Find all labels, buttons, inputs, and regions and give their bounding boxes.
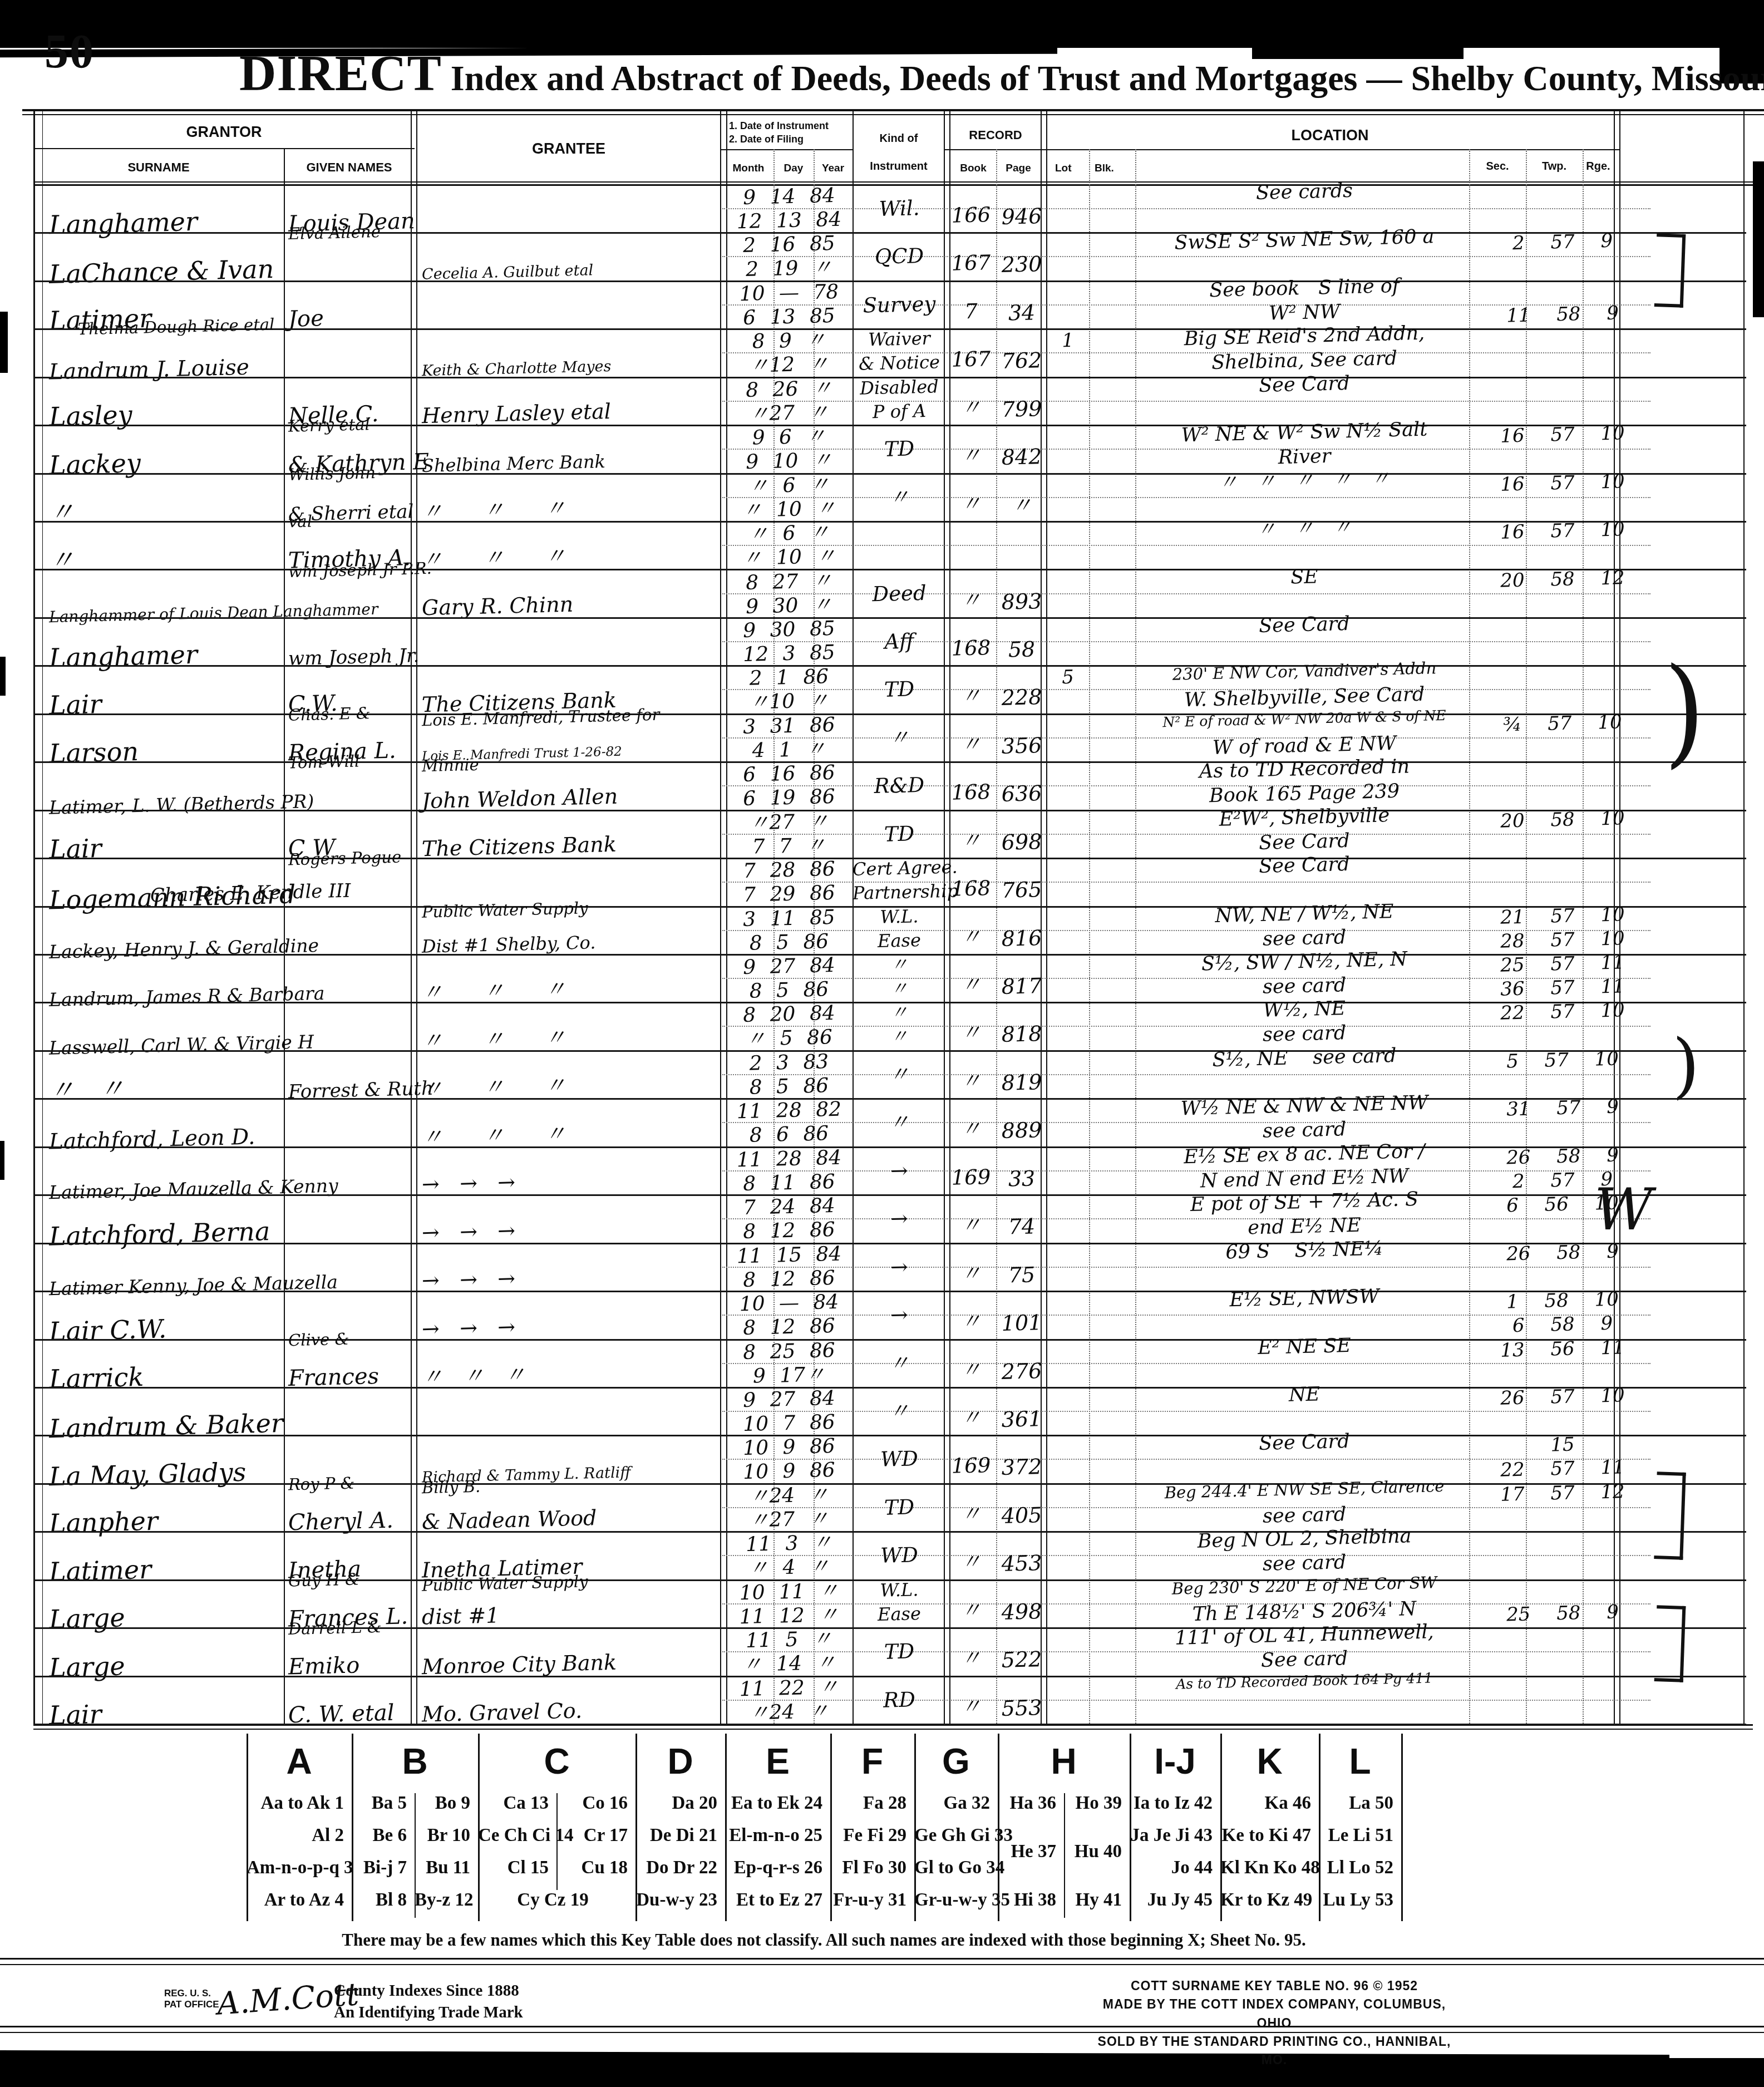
scan-noise-bottom bbox=[0, 2058, 1764, 2087]
table-row: Landrum & Baker 9 27 84 10 7 86 〃 〃 361 … bbox=[33, 1387, 1764, 1435]
record-page: 276 bbox=[997, 1360, 1047, 1382]
date-of-instrument: 11 3 〃 bbox=[722, 1532, 856, 1556]
key-range: Kl Kn Ko 48 bbox=[1220, 1858, 1311, 1878]
kind-of-instrument: TD bbox=[853, 823, 947, 845]
key-range: Co 16 bbox=[556, 1793, 628, 1814]
grantee-text: 〃 〃 〃 bbox=[422, 545, 566, 570]
kind-of-instrument: Survey bbox=[853, 293, 947, 316]
sheet-title: DIRECT Index and Abstract of Deeds, Deed… bbox=[239, 43, 1519, 102]
kind-of-instrument: TD bbox=[853, 678, 947, 701]
date-of-instrument: 7 24 84 bbox=[722, 1195, 856, 1219]
record-book: 169 bbox=[946, 1166, 997, 1188]
kind-of-instrument: W.L. bbox=[853, 907, 947, 927]
grantee-text: dist #1 bbox=[422, 1604, 500, 1627]
record-book: 7 bbox=[946, 301, 997, 322]
kind-of-instrument-line2: Ease bbox=[853, 931, 947, 951]
column-header-kind-line1: Kind of bbox=[854, 132, 944, 145]
date-of-filing: 9 30 〃 bbox=[722, 594, 856, 618]
record-book: 167 bbox=[946, 252, 997, 274]
sec-twp-rge-line1: 16 57 10 bbox=[1470, 471, 1655, 495]
date-of-filing: 〃 4 〃 bbox=[722, 1556, 856, 1579]
key-range: Bi-j 7 bbox=[352, 1858, 407, 1878]
key-range: Ea to Ek 24 bbox=[725, 1793, 822, 1814]
sec-twp-rge-line2: 22 57 11 bbox=[1470, 1457, 1655, 1480]
date-of-filing: 7 29 86 bbox=[722, 883, 856, 906]
key-range: Ju Jy 45 bbox=[1130, 1890, 1213, 1911]
location-line2: see card bbox=[1140, 1502, 1470, 1529]
key-range: De Di 21 bbox=[635, 1825, 717, 1846]
table-row: Lackey, Henry J. & Geraldine Public Wate… bbox=[33, 907, 1764, 954]
table-row: Landrum, James R & Barbara 〃 〃 〃 9 27 84… bbox=[33, 954, 1764, 1002]
column-header-given-names: GIVEN NAMES bbox=[284, 160, 415, 175]
table-row: Langhamer wm Joseph Jr. 9 30 85 12 3 85 … bbox=[33, 618, 1764, 666]
footer-publisher-line2: MADE BY THE COTT INDEX COMPANY, COLUMBUS… bbox=[1085, 1995, 1464, 2032]
sheet-title-rest: Index and Abstract of Deeds, Deeds of Tr… bbox=[442, 58, 1764, 98]
column-header-month: Month bbox=[723, 163, 773, 175]
date-of-instrument: 2 1 86 bbox=[722, 666, 856, 690]
key-range: Hu 40 bbox=[1064, 1842, 1122, 1862]
record-book: 〃 bbox=[946, 1599, 997, 1621]
table-row: Lasswell, Carl W. & Virgie H 〃 〃 〃 8 20 … bbox=[33, 1002, 1764, 1050]
grantee-upper-text: Lois E. Manfredi, Trustee for bbox=[422, 707, 660, 729]
key-range: Jo 44 bbox=[1130, 1858, 1213, 1878]
date-of-instrument: 10 — 84 bbox=[722, 1292, 856, 1315]
sec-twp-rge-line2: 11 58 9 bbox=[1470, 303, 1655, 326]
kind-of-instrument: → bbox=[853, 1159, 947, 1182]
column-header-blk: Blk. bbox=[1089, 163, 1141, 175]
margin-mark-brace: ) bbox=[1664, 643, 1705, 780]
key-range: Da 20 bbox=[635, 1793, 717, 1814]
grantee-text: Mo. Gravel Co. bbox=[422, 1700, 583, 1725]
key-range: Am-n-o-p-q 3 bbox=[247, 1858, 344, 1878]
grantee-upper-text: Public Water Supply bbox=[422, 900, 588, 920]
location-line2: N end N end E½ NW bbox=[1140, 1165, 1470, 1193]
date-of-instrument: 11 28 84 bbox=[722, 1148, 856, 1171]
column-header-sec: Sec. bbox=[1469, 160, 1526, 173]
date-of-filing: 8 6 86 bbox=[722, 1123, 856, 1146]
date-of-filing: 〃27 〃 bbox=[722, 402, 856, 425]
key-range: Gr-u-w-y 35 bbox=[914, 1890, 990, 1911]
kind-of-instrument-line2: Partnership bbox=[853, 882, 947, 902]
kind-of-instrument: Cert Agree. bbox=[853, 858, 947, 878]
table-row: Thelma Dough Rice etal Landrum J. Louise… bbox=[33, 329, 1764, 377]
sec-twp-rge-line1: 16 57 10 bbox=[1470, 423, 1655, 446]
grantee-text: 〃 〃 〃 bbox=[422, 1364, 526, 1388]
date-of-instrument: 9 30 85 bbox=[722, 618, 856, 642]
column-header-record: RECORD bbox=[950, 128, 1041, 142]
record-book: 〃 bbox=[946, 1503, 997, 1525]
grantee-text: Henry Lasley etal bbox=[422, 401, 612, 426]
given-name-upper-text: Clive & bbox=[288, 1331, 349, 1348]
column-header-day: Day bbox=[773, 163, 814, 175]
record-page: 〃 bbox=[997, 494, 1047, 516]
given-name-text: Emiko bbox=[288, 1654, 360, 1678]
record-page: 762 bbox=[997, 350, 1047, 372]
date-of-instrument: 3 31 86 bbox=[722, 715, 856, 738]
date-of-instrument: 2 16 85 bbox=[722, 234, 856, 257]
date-of-filing: 8 5 86 bbox=[722, 931, 856, 954]
key-range: Bl 8 bbox=[352, 1890, 407, 1911]
margin-mark-paren: ) bbox=[1672, 1024, 1699, 1107]
date-of-filing: 9 10 〃 bbox=[722, 450, 856, 473]
date-of-filing: 〃 10 〃 bbox=[722, 546, 856, 569]
kind-of-instrument-line2: 〃 bbox=[853, 978, 947, 998]
date-of-instrument: 7 28 86 bbox=[722, 859, 856, 882]
key-letter-F: F bbox=[830, 1741, 914, 1782]
record-book: 168 bbox=[946, 781, 997, 803]
scan-noise-left-3 bbox=[0, 1141, 4, 1180]
key-range: He 37 bbox=[998, 1842, 1056, 1862]
record-page: 356 bbox=[997, 735, 1047, 757]
date-of-instrument: 11 28 82 bbox=[722, 1099, 856, 1123]
key-range: Cu 18 bbox=[556, 1858, 628, 1878]
kind-of-instrument: TD bbox=[853, 1640, 947, 1663]
key-letter-B: B bbox=[352, 1741, 478, 1782]
grantee-text: 〃 〃 〃 bbox=[422, 978, 566, 1003]
sec-twp-rge-line2: 28 57 10 bbox=[1470, 928, 1655, 952]
key-range: Ar to Az 4 bbox=[247, 1890, 344, 1911]
grantee-text: 〃 〃 〃 bbox=[422, 1075, 566, 1099]
key-range: Hy 41 bbox=[1064, 1890, 1122, 1911]
row-mid-rule bbox=[722, 401, 1650, 402]
key-range: Ha 36 bbox=[998, 1793, 1056, 1814]
kind-of-instrument: 〃 bbox=[853, 726, 947, 749]
grantee-text: 〃 〃 〃 bbox=[422, 1027, 566, 1051]
key-letter-H: H bbox=[998, 1741, 1130, 1782]
sec-twp-rge-line1: 20 58 12 bbox=[1470, 567, 1655, 590]
location-line2: Book 165 Page 239 bbox=[1140, 780, 1470, 808]
kind-of-instrument: → bbox=[853, 1256, 947, 1278]
sec-twp-rge-line1: 13 56 11 bbox=[1470, 1337, 1655, 1360]
key-range: El-m-n-o 25 bbox=[725, 1825, 822, 1846]
record-page: 453 bbox=[997, 1552, 1047, 1574]
date-of-instrument: 8 27 〃 bbox=[722, 570, 856, 594]
kind-of-instrument: Wil. bbox=[853, 197, 947, 220]
footer-publisher-block: COTT SURNAME KEY TABLE NO. 96 © 1952 MAD… bbox=[1085, 1977, 1464, 2070]
record-book: 〃 bbox=[946, 734, 997, 755]
row-mid-rule bbox=[722, 545, 1650, 546]
location-line2: end E½ NE bbox=[1140, 1213, 1470, 1241]
footer-reg-line2: PAT OFFICE bbox=[164, 1999, 219, 2010]
record-book: 167 bbox=[946, 348, 997, 370]
grantee-text: → → → bbox=[422, 1268, 516, 1291]
kind-of-instrument: TD bbox=[853, 1496, 947, 1519]
date-of-filing: 10 9 86 bbox=[722, 1460, 856, 1484]
surname-second-line-text: Charles E. Kendle III bbox=[150, 882, 351, 905]
key-letter-E: E bbox=[725, 1741, 830, 1782]
record-page: 498 bbox=[997, 1601, 1047, 1623]
grantee-text: John Weldon Allen bbox=[422, 785, 618, 811]
table-row: 〃 〃 Forrest & Ruth 〃 〃 〃 2 3 83 8 5 86 〃… bbox=[33, 1051, 1764, 1099]
date-of-filing: 〃 5 86 bbox=[722, 1027, 856, 1051]
record-page: 816 bbox=[997, 927, 1047, 949]
key-table-note: There may be a few names which this Key … bbox=[247, 1930, 1401, 1950]
grantee-text: Monroe City Bank bbox=[422, 1651, 617, 1677]
key-range: Cr 17 bbox=[556, 1825, 628, 1846]
record-page: 75 bbox=[997, 1264, 1047, 1286]
key-range: Ca 13 bbox=[478, 1793, 549, 1814]
grantee-upper-text: Minnie bbox=[422, 757, 479, 775]
grantee-text: Keith & Charlotte Mayes bbox=[422, 359, 612, 378]
date-of-instrument: 10 11 〃 bbox=[722, 1581, 856, 1604]
surname-text: Lair bbox=[48, 1701, 102, 1728]
given-name-upper-text: Rogers Pogue bbox=[288, 849, 402, 868]
kind-of-instrument: 〃 bbox=[853, 486, 947, 509]
record-book: 〃 bbox=[946, 1647, 997, 1669]
record-page: 101 bbox=[997, 1312, 1047, 1334]
record-book: 〃 bbox=[946, 589, 997, 611]
kind-of-instrument-line2: P of A bbox=[853, 401, 947, 421]
given-name-upper-text: Elva Ailene bbox=[288, 224, 381, 242]
record-book: 168 bbox=[946, 637, 997, 659]
record-page: 765 bbox=[997, 879, 1047, 901]
grantee-text: & Nadean Wood bbox=[422, 1507, 597, 1533]
location-line2: see card bbox=[1140, 924, 1470, 952]
record-page: 817 bbox=[997, 975, 1047, 997]
key-range: Ke to Ki 47 bbox=[1220, 1825, 1311, 1846]
table-row: Lair C. W. etal Mo. Gravel Co. 11 22 〃 〃… bbox=[33, 1676, 1764, 1724]
date-of-instrument: 10 9 86 bbox=[722, 1436, 856, 1460]
grantee-text: Cecelia A. Guilbut etal bbox=[422, 263, 594, 282]
record-page: 842 bbox=[997, 446, 1047, 468]
scan-noise-top bbox=[0, 0, 1764, 48]
date-of-filing: 6 19 86 bbox=[722, 786, 856, 810]
kind-of-instrument-line2: 〃 bbox=[853, 1026, 947, 1046]
surname-upper-text: Thelma Dough Rice etal bbox=[78, 317, 275, 338]
column-header-surname: SURNAME bbox=[33, 160, 284, 175]
key-range: Hi 38 bbox=[998, 1890, 1056, 1911]
record-page: 228 bbox=[997, 686, 1047, 708]
date-of-filing: 10 7 86 bbox=[722, 1412, 856, 1435]
kind-of-instrument: WD bbox=[853, 1448, 947, 1470]
column-header-location: LOCATION bbox=[1046, 127, 1614, 144]
date-of-instrument: 〃27 〃 bbox=[722, 811, 856, 834]
location-line1: See cards bbox=[1140, 179, 1470, 206]
date-of-instrument: 10 — 78 bbox=[722, 282, 856, 305]
date-of-instrument: 2 3 83 bbox=[722, 1051, 856, 1075]
date-of-filing: 〃12 〃 bbox=[722, 353, 856, 377]
key-range: Br 10 bbox=[415, 1825, 470, 1846]
key-range: Gl to Go 34 bbox=[914, 1858, 990, 1878]
key-range: Ga 32 bbox=[914, 1793, 990, 1814]
key-range: Ge Gh Gi 33 bbox=[914, 1825, 990, 1846]
record-book: 〃 bbox=[946, 685, 997, 707]
date-of-instrument: 6 16 86 bbox=[722, 762, 856, 786]
key-letter-D: D bbox=[635, 1741, 725, 1782]
key-range: Ka 46 bbox=[1220, 1793, 1311, 1814]
record-page: 698 bbox=[997, 831, 1047, 853]
record-page: 893 bbox=[997, 590, 1047, 612]
date-of-filing: 8 11 86 bbox=[722, 1172, 856, 1195]
record-page: 230 bbox=[997, 253, 1047, 275]
key-range: Fa 28 bbox=[830, 1793, 906, 1814]
date-of-filing: 8 5 86 bbox=[722, 1075, 856, 1099]
date-of-filing: 12 13 84 bbox=[722, 209, 856, 233]
date-of-filing: 7 7 〃 bbox=[722, 835, 856, 858]
date-of-filing: 〃10 〃 bbox=[722, 690, 856, 713]
table-row: Latimer, Joe Mauzella & Kenny → → → 11 2… bbox=[33, 1147, 1764, 1195]
kind-of-instrument: 〃 bbox=[853, 1352, 947, 1375]
column-header-rge: Rge. bbox=[1583, 160, 1614, 173]
record-book: 〃 bbox=[946, 1022, 997, 1043]
date-of-filing: 〃24 〃 bbox=[722, 1701, 856, 1724]
table-row: Latimer, L. W. (Betherds PR) Tom Will Mi… bbox=[33, 762, 1764, 810]
given-name-text: C. W. etal bbox=[288, 1702, 395, 1727]
record-book: 168 bbox=[946, 878, 997, 899]
margin-mark-bracket bbox=[1654, 1471, 1686, 1560]
date-of-filing: 〃 10 〃 bbox=[722, 498, 856, 521]
record-book: 166 bbox=[946, 204, 997, 226]
record-book: 〃 bbox=[946, 1696, 997, 1717]
date-of-instrument: 11 22 〃 bbox=[722, 1677, 856, 1700]
record-page: 799 bbox=[997, 398, 1047, 420]
kind-of-instrument: Disabled bbox=[853, 377, 947, 397]
kind-of-instrument: 〃 bbox=[853, 1111, 947, 1134]
key-range: Be 6 bbox=[352, 1825, 407, 1846]
key-range: Du-w-y 23 bbox=[635, 1890, 717, 1911]
sec-twp-rge-line1: 5 57 10 bbox=[1470, 1049, 1655, 1072]
record-book: 〃 bbox=[946, 1358, 997, 1380]
key-range: Ia to Iz 42 bbox=[1130, 1793, 1213, 1814]
location-line2: See Card bbox=[1140, 828, 1470, 855]
table-row: Latchford, Berna → → → 7 24 84 8 12 86 →… bbox=[33, 1195, 1764, 1243]
grantee-upper-text: Billy B. bbox=[422, 1479, 481, 1497]
column-header-date-line2: 2. Date of Filing bbox=[723, 134, 858, 145]
table-row: Larrick Clive & Frances 〃 〃 〃 8 25 86 9 … bbox=[33, 1340, 1764, 1387]
table-row: Latimer Kenny, Joe & Mauzella → → → 11 1… bbox=[33, 1243, 1764, 1291]
key-letter-G: G bbox=[914, 1741, 998, 1782]
record-page: 58 bbox=[997, 638, 1047, 661]
kind-of-instrument-line2: Ease bbox=[853, 1604, 947, 1624]
sec-twp-rge-line1: 22 57 10 bbox=[1470, 1000, 1655, 1023]
key-letter-A: A bbox=[247, 1741, 352, 1782]
grantee-text: Gary R. Chinn bbox=[422, 594, 574, 619]
key-letter-C: C bbox=[478, 1741, 635, 1782]
kind-of-instrument: QCD bbox=[853, 245, 947, 268]
footer-tm-line1: County Indexes Since 1888 bbox=[334, 1980, 523, 2002]
location-line2: see card bbox=[1140, 1021, 1470, 1048]
grantee-text: → → → bbox=[422, 1172, 516, 1195]
margin-mark-bracket bbox=[1654, 1605, 1686, 1682]
kind-of-instrument: TD bbox=[853, 437, 947, 460]
scan-noise-left-2 bbox=[0, 657, 6, 696]
key-range: Fe Fi 29 bbox=[830, 1825, 906, 1846]
given-name-upper-text: Roy P & bbox=[288, 1475, 355, 1493]
record-page: 405 bbox=[997, 1504, 1047, 1527]
kind-of-instrument: WD bbox=[853, 1544, 947, 1567]
table-row: Latchford, Leon D. 〃 〃 〃 11 28 82 8 6 86… bbox=[33, 1099, 1764, 1146]
grantee-text: Shelbina Merc Bank bbox=[422, 452, 606, 475]
sec-twp-rge-line1: ¾ 57 10 bbox=[1470, 712, 1655, 735]
record-book: 169 bbox=[946, 1455, 997, 1476]
date-of-filing: 8 5 86 bbox=[722, 979, 856, 1002]
given-name-text: Joe bbox=[288, 307, 324, 331]
column-header-grantor: GRANTOR bbox=[33, 124, 415, 141]
date-of-filing: 2 19 〃 bbox=[722, 258, 856, 281]
key-range: Ba 5 bbox=[352, 1793, 407, 1814]
key-range: Le Li 51 bbox=[1319, 1825, 1393, 1846]
sec-twp-rge-line2: 36 57 11 bbox=[1470, 976, 1655, 1000]
date-of-instrument: 9 27 84 bbox=[722, 1388, 856, 1411]
footer-trademark-text: County Indexes Since 1888 An Identifying… bbox=[334, 1980, 523, 2024]
key-range: Al 2 bbox=[247, 1825, 344, 1846]
location-line2: W of road & E NW bbox=[1140, 732, 1470, 760]
record-book: 〃 bbox=[946, 1070, 997, 1092]
date-of-instrument: 3 11 85 bbox=[722, 907, 856, 931]
table-row: Latimer Joe 10 — 78 6 13 85 Survey 7 34 … bbox=[33, 281, 1764, 329]
sec-twp-rge-line1: 16 57 10 bbox=[1470, 519, 1655, 543]
grantee-text: → → → bbox=[422, 1220, 516, 1243]
location-line2: Shelbina, See card bbox=[1140, 347, 1470, 375]
footer-tm-line2: An Identifying Trade Mark bbox=[334, 2002, 523, 2024]
date-of-filing: 〃 14 〃 bbox=[722, 1652, 856, 1676]
kind-of-instrument: 〃 bbox=[853, 954, 947, 974]
key-letter-K: K bbox=[1220, 1741, 1319, 1782]
sec-twp-rge-line2: 25 58 9 bbox=[1470, 1602, 1655, 1625]
record-page: 946 bbox=[997, 205, 1047, 228]
date-of-filing: 11 12 〃 bbox=[722, 1604, 856, 1628]
kind-of-instrument: R&D bbox=[853, 774, 947, 797]
column-header-book: Book bbox=[950, 163, 996, 175]
given-name-upper-text: Tom Will bbox=[288, 754, 360, 771]
date-of-instrument: 9 14 84 bbox=[722, 185, 856, 209]
record-book: 〃 bbox=[946, 397, 997, 419]
date-of-instrument: 9 6 〃 bbox=[722, 426, 856, 449]
kind-of-instrument-line2: & Notice bbox=[853, 353, 947, 373]
record-page: 553 bbox=[997, 1697, 1047, 1719]
record-page: 889 bbox=[997, 1119, 1047, 1141]
sec-twp-rge-line1: 25 57 11 bbox=[1470, 952, 1655, 976]
footer-publisher-line1: COTT SURNAME KEY TABLE NO. 96 © 1952 bbox=[1085, 1977, 1464, 1995]
sec-twp-rge-line1: 26 58 9 bbox=[1470, 1241, 1655, 1264]
kind-of-instrument: Deed bbox=[853, 582, 947, 604]
key-range: Et to Ez 27 bbox=[725, 1890, 822, 1911]
lot-value: 1 bbox=[1046, 331, 1090, 351]
sec-twp-rge-line1: 26 57 10 bbox=[1470, 1385, 1655, 1409]
key-range: Ll Lo 52 bbox=[1319, 1858, 1393, 1878]
grantee-text: The Citizens Bank bbox=[422, 834, 617, 860]
sec-twp-rge-line1: 20 58 10 bbox=[1470, 808, 1655, 831]
record-page: 34 bbox=[997, 302, 1047, 324]
given-name-text: Frances bbox=[288, 1365, 380, 1390]
record-book: 〃 bbox=[946, 493, 997, 515]
key-range: Aa to Ak 1 bbox=[247, 1793, 344, 1814]
key-range: Do Dr 22 bbox=[635, 1858, 717, 1878]
key-range: Bu 11 bbox=[415, 1858, 470, 1878]
date-of-filing: 8 12 86 bbox=[722, 1316, 856, 1339]
sec-twp-rge-line1: 2 57 9 bbox=[1470, 230, 1655, 254]
key-letter-L: L bbox=[1319, 1741, 1401, 1782]
scanned-index-sheet: 50 DIRECT Index and Abstract of Deeds, D… bbox=[0, 0, 1764, 2087]
sec-twp-rge-line1: 26 58 9 bbox=[1470, 1145, 1655, 1168]
record-book: 〃 bbox=[946, 1551, 997, 1573]
footer-reg-mark: REG. U. S. PAT OFFICE bbox=[164, 1988, 219, 2011]
date-of-filing: 8 12 86 bbox=[722, 1219, 856, 1243]
kind-of-instrument: 〃 bbox=[853, 1063, 947, 1086]
column-header-twp: Twp. bbox=[1526, 160, 1583, 173]
record-book: 〃 bbox=[946, 1311, 997, 1332]
sec-twp-rge-line2: 6 58 9 bbox=[1470, 1313, 1655, 1336]
record-page: 372 bbox=[997, 1456, 1047, 1478]
sec-twp-rge-line1: 21 57 10 bbox=[1470, 904, 1655, 928]
footer-reg-line1: REG. U. S. bbox=[164, 1988, 219, 1999]
column-header-page: Page bbox=[996, 163, 1041, 175]
record-page: 819 bbox=[997, 1071, 1047, 1094]
record-book: 〃 bbox=[946, 1263, 997, 1284]
key-letter-I-J: I-J bbox=[1130, 1741, 1220, 1782]
record-book: 〃 bbox=[946, 1118, 997, 1140]
record-book: 〃 bbox=[946, 1407, 997, 1429]
